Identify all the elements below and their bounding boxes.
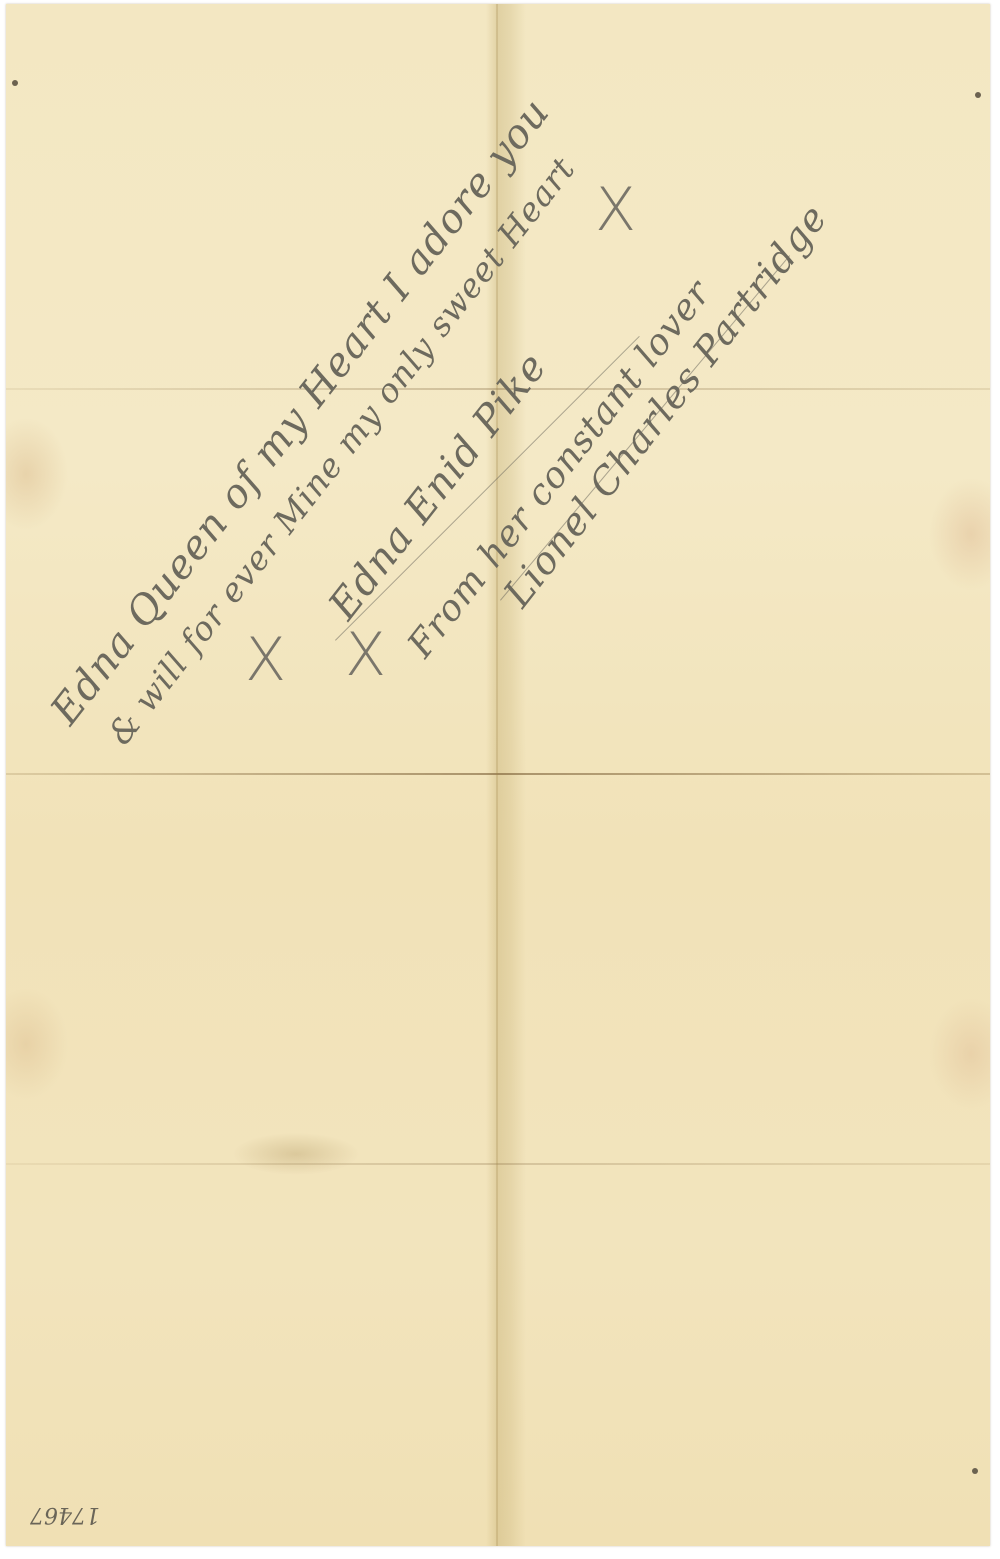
catalogue-number: 17467: [30, 1502, 100, 1527]
pin-hole: [975, 92, 981, 98]
kiss-mark: X: [345, 620, 386, 690]
pin-hole: [972, 1468, 978, 1474]
horizontal-fold: [6, 773, 990, 775]
kiss-mark: X: [595, 175, 636, 245]
lower-fold: [6, 1163, 990, 1165]
pin-hole: [12, 80, 18, 86]
kiss-mark: X: [245, 625, 286, 695]
